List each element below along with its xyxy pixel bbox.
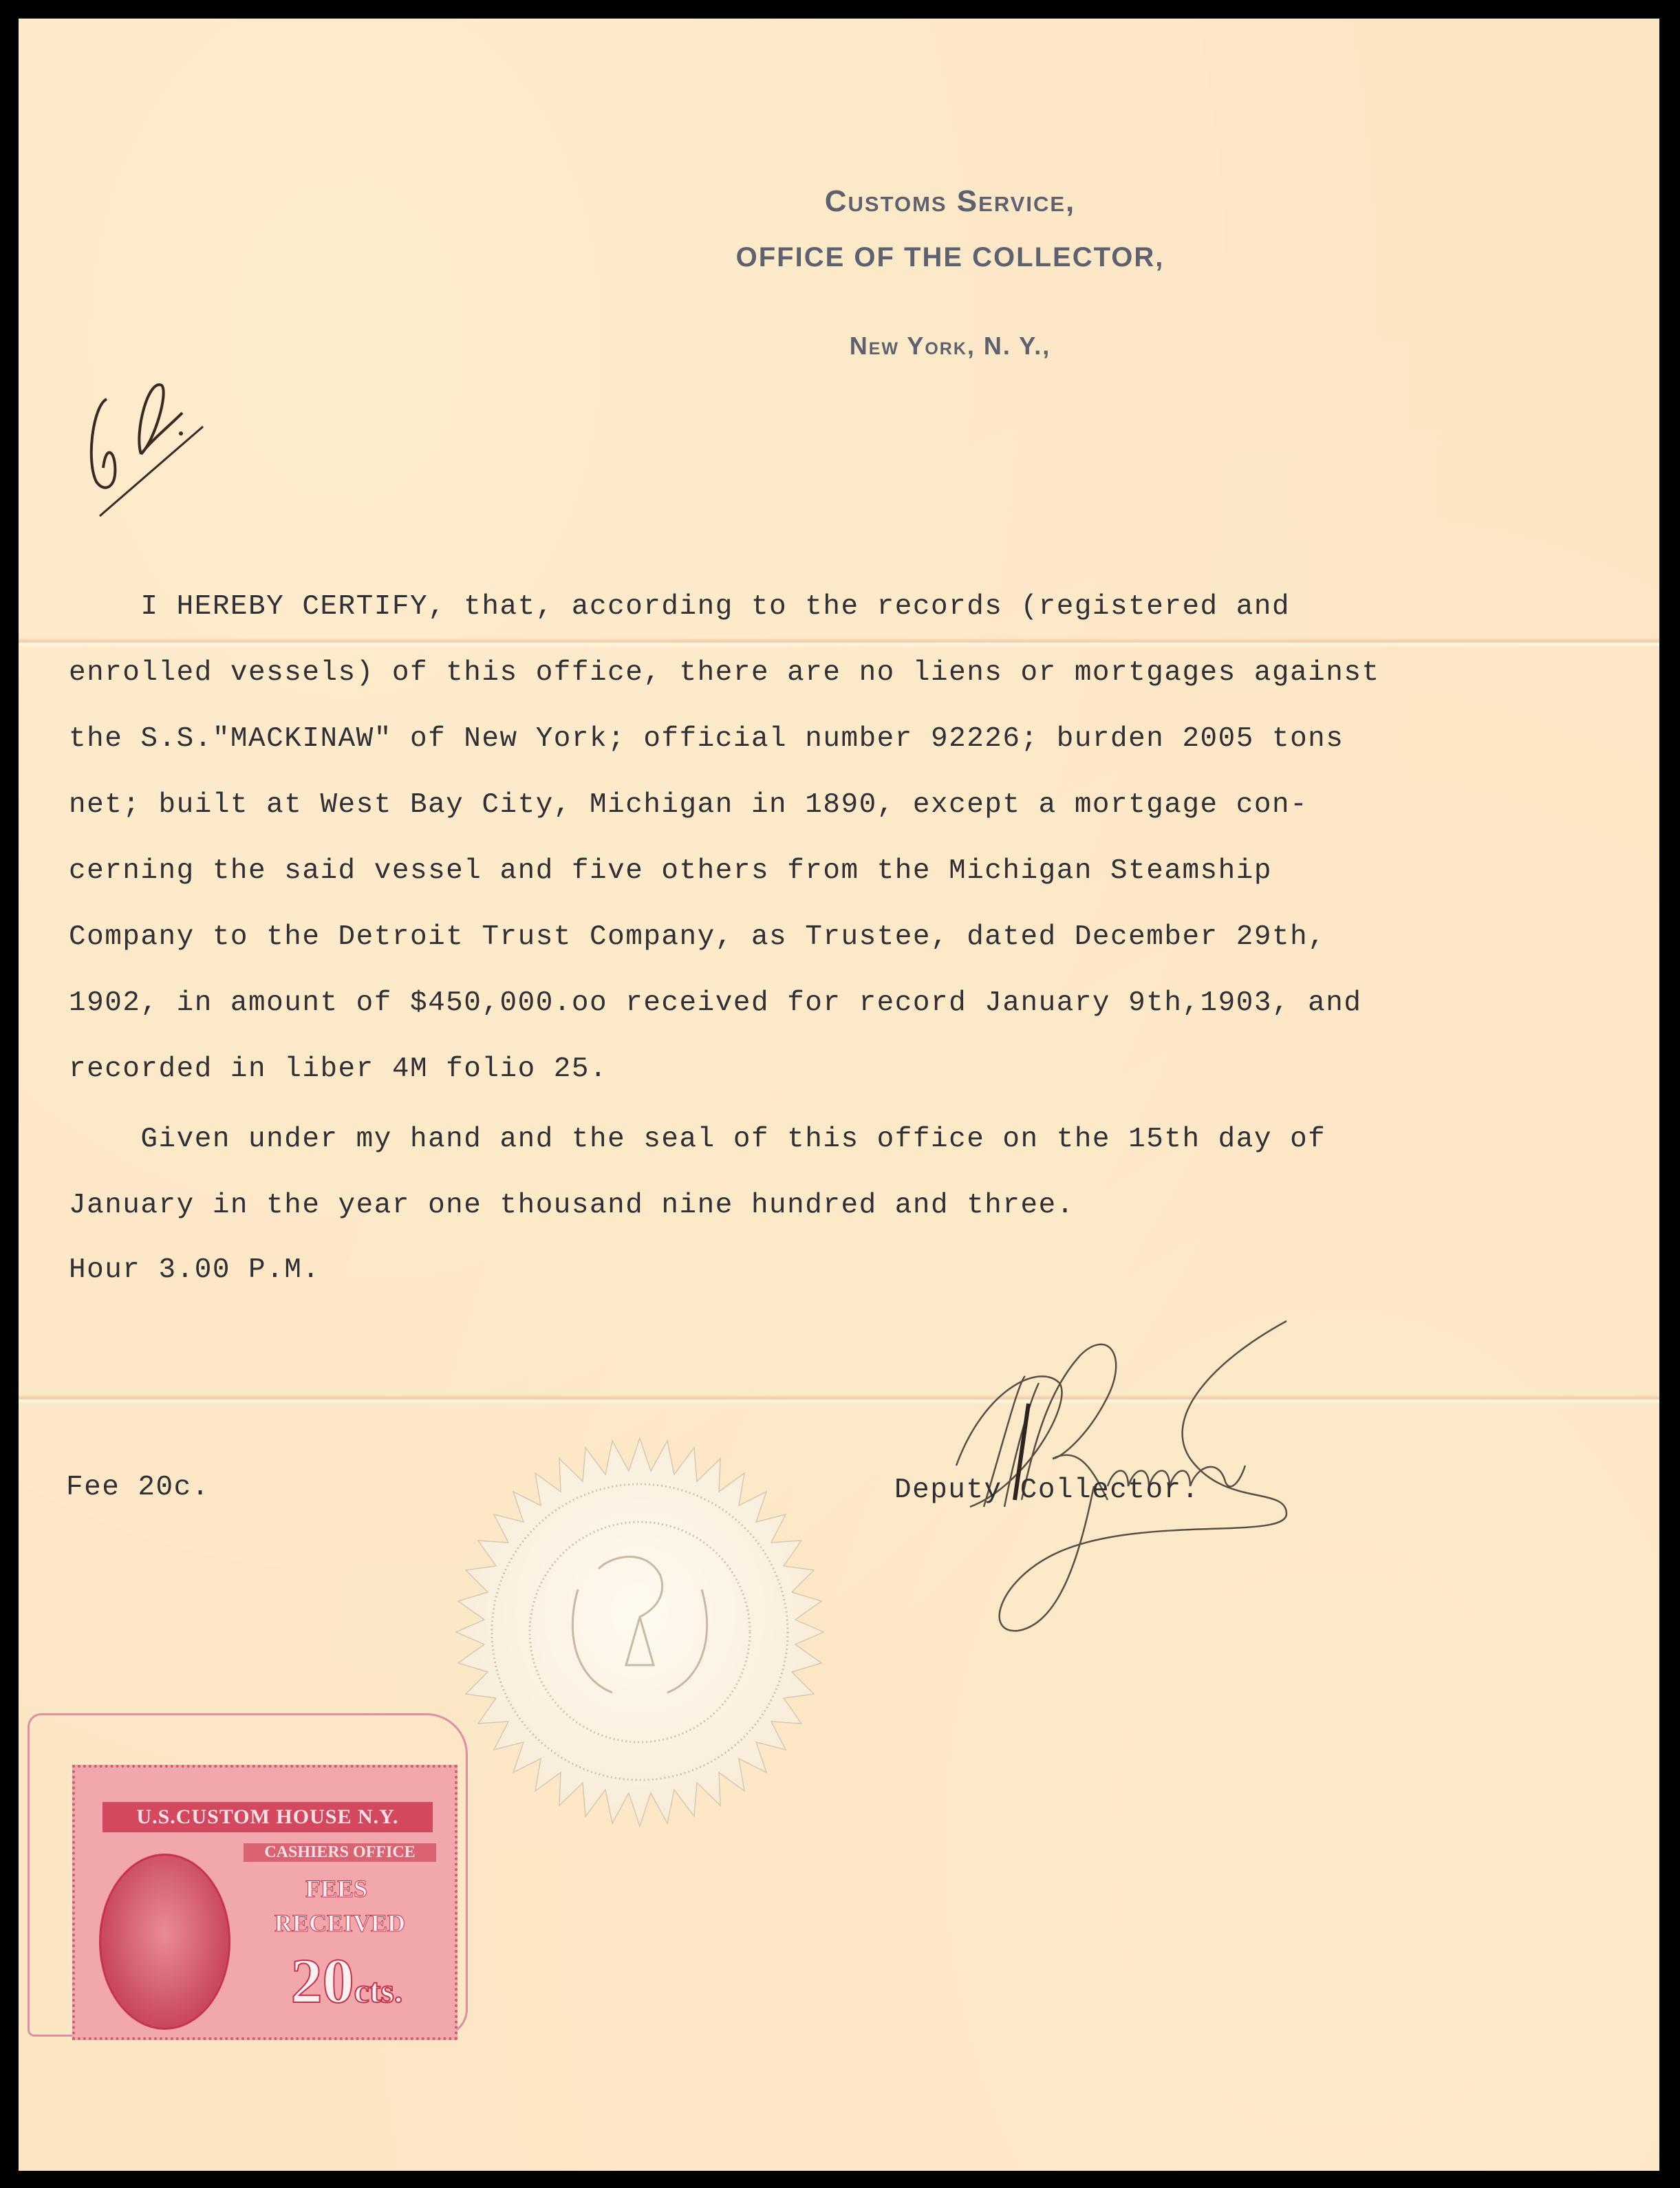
stamp-fees: FEES	[268, 1874, 405, 1903]
fee-line: Fee 20c.	[66, 1474, 210, 1502]
stamp-value-unit: cts.	[354, 1971, 403, 2010]
certificate-line: Company to the Detroit Trust Company, as…	[69, 923, 1326, 952]
given-line: January in the year one thousand nine hu…	[69, 1192, 1075, 1220]
stamp-portrait-icon	[99, 1854, 230, 2030]
revenue-stamp: U.S.CUSTOM HOUSE N.Y. CASHIERS OFFICE FE…	[72, 1765, 457, 2040]
certificate-line: I HEREBY CERTIFY, that, according to the…	[69, 593, 1290, 621]
stamp-header: U.S.CUSTOM HOUSE N.Y.	[103, 1802, 433, 1832]
letterhead-customs-service: Customs Service,	[110, 184, 1680, 219]
handwritten-initials-icon	[65, 372, 217, 523]
stamp-value: 20cts.	[250, 1943, 443, 2028]
letterhead-location: New York, N. Y.,	[110, 332, 1680, 361]
fold-crease	[19, 638, 1659, 647]
given-line: Given under my hand and the seal of this…	[69, 1126, 1326, 1154]
certificate-line: enrolled vessels) of this office, there …	[69, 659, 1380, 687]
certificate-line: 1902, in amount of $450,000.oo received …	[69, 989, 1362, 1018]
certificate-line: the S.S."MACKINAW" of New York; official…	[69, 725, 1344, 753]
stamp-office: CASHIERS OFFICE	[244, 1843, 436, 1862]
certificate-line: net; built at West Bay City, Michigan in…	[69, 791, 1308, 819]
embossed-seal-icon	[440, 1431, 839, 1830]
stamp-value-number: 20	[291, 1946, 354, 2016]
letterhead-office: OFFICE OF THE COLLECTOR,	[110, 242, 1680, 273]
stamp-received: RECEIVED	[244, 1909, 436, 1938]
certificate-line: cerning the said vessel and five others …	[69, 857, 1272, 886]
certificate-line: recorded in liber 4M folio 25.	[69, 1055, 607, 1084]
fold-crease	[19, 1395, 1659, 1404]
hour-line: Hour 3.00 P.M.	[69, 1256, 320, 1285]
deputy-collector-title: Deputy Collector.	[894, 1477, 1200, 1505]
